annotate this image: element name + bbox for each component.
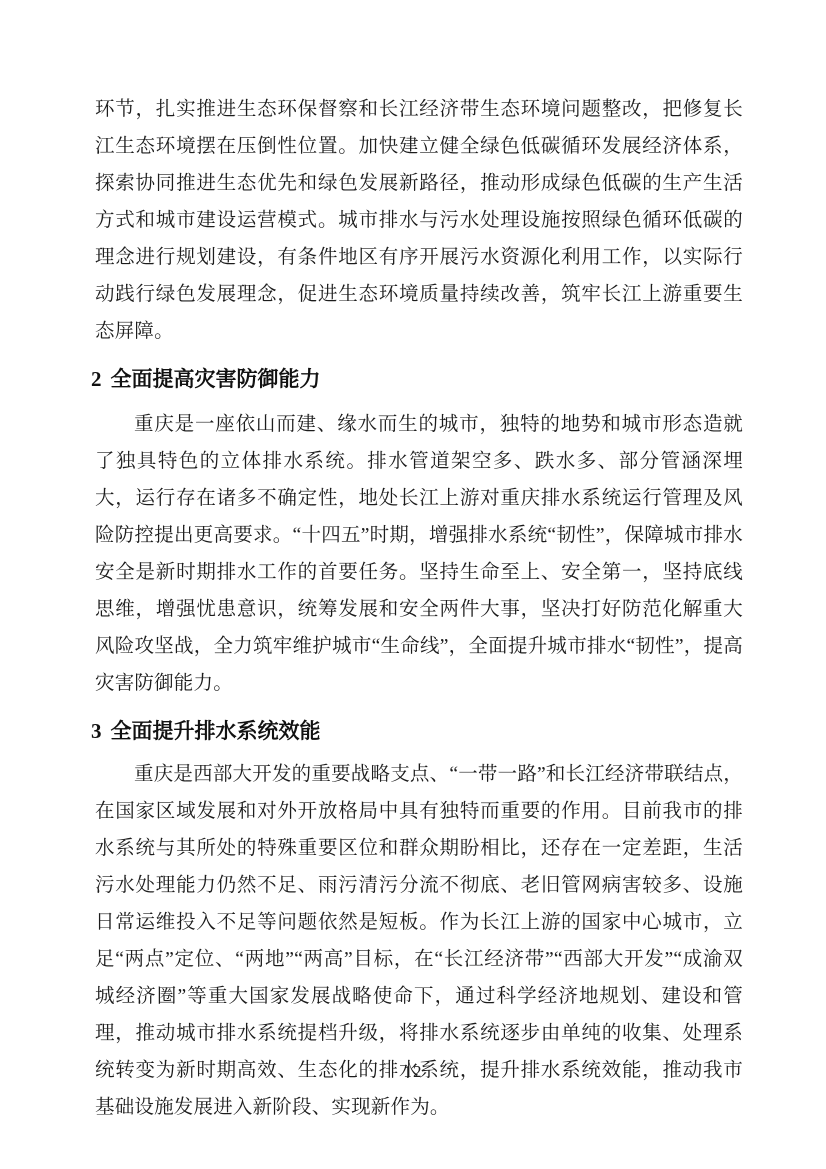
body-paragraph-disaster-prevention: 重庆是一座依山而建、缘水而生的城市，独特的地势和城市形态造就了独具特色的立体排水… (95, 406, 743, 702)
page-content: 环节，扎实推进生态环保督察和长江经济带生态环境问题整改，把修复长江生态环境摆在压… (95, 91, 743, 1126)
document-page: 环节，扎实推进生态环保督察和长江经济带生态环境问题整改，把修复长江生态环境摆在压… (0, 0, 826, 1169)
section-heading-3: 3全面提升排水系统效能 (91, 716, 743, 747)
section-heading-2: 2全面提高灾害防御能力 (91, 364, 743, 395)
heading-2-number: 2 (91, 367, 102, 391)
heading-3-title: 全面提升排水系统效能 (111, 720, 321, 743)
heading-2-title: 全面提高灾害防御能力 (111, 368, 321, 391)
body-paragraph-continuation: 环节，扎实推进生态环保督察和长江经济带生态环境问题整改，把修复长江生态环境摆在压… (95, 91, 743, 350)
page-number: 12 (0, 1062, 826, 1082)
heading-3-number: 3 (91, 719, 102, 743)
